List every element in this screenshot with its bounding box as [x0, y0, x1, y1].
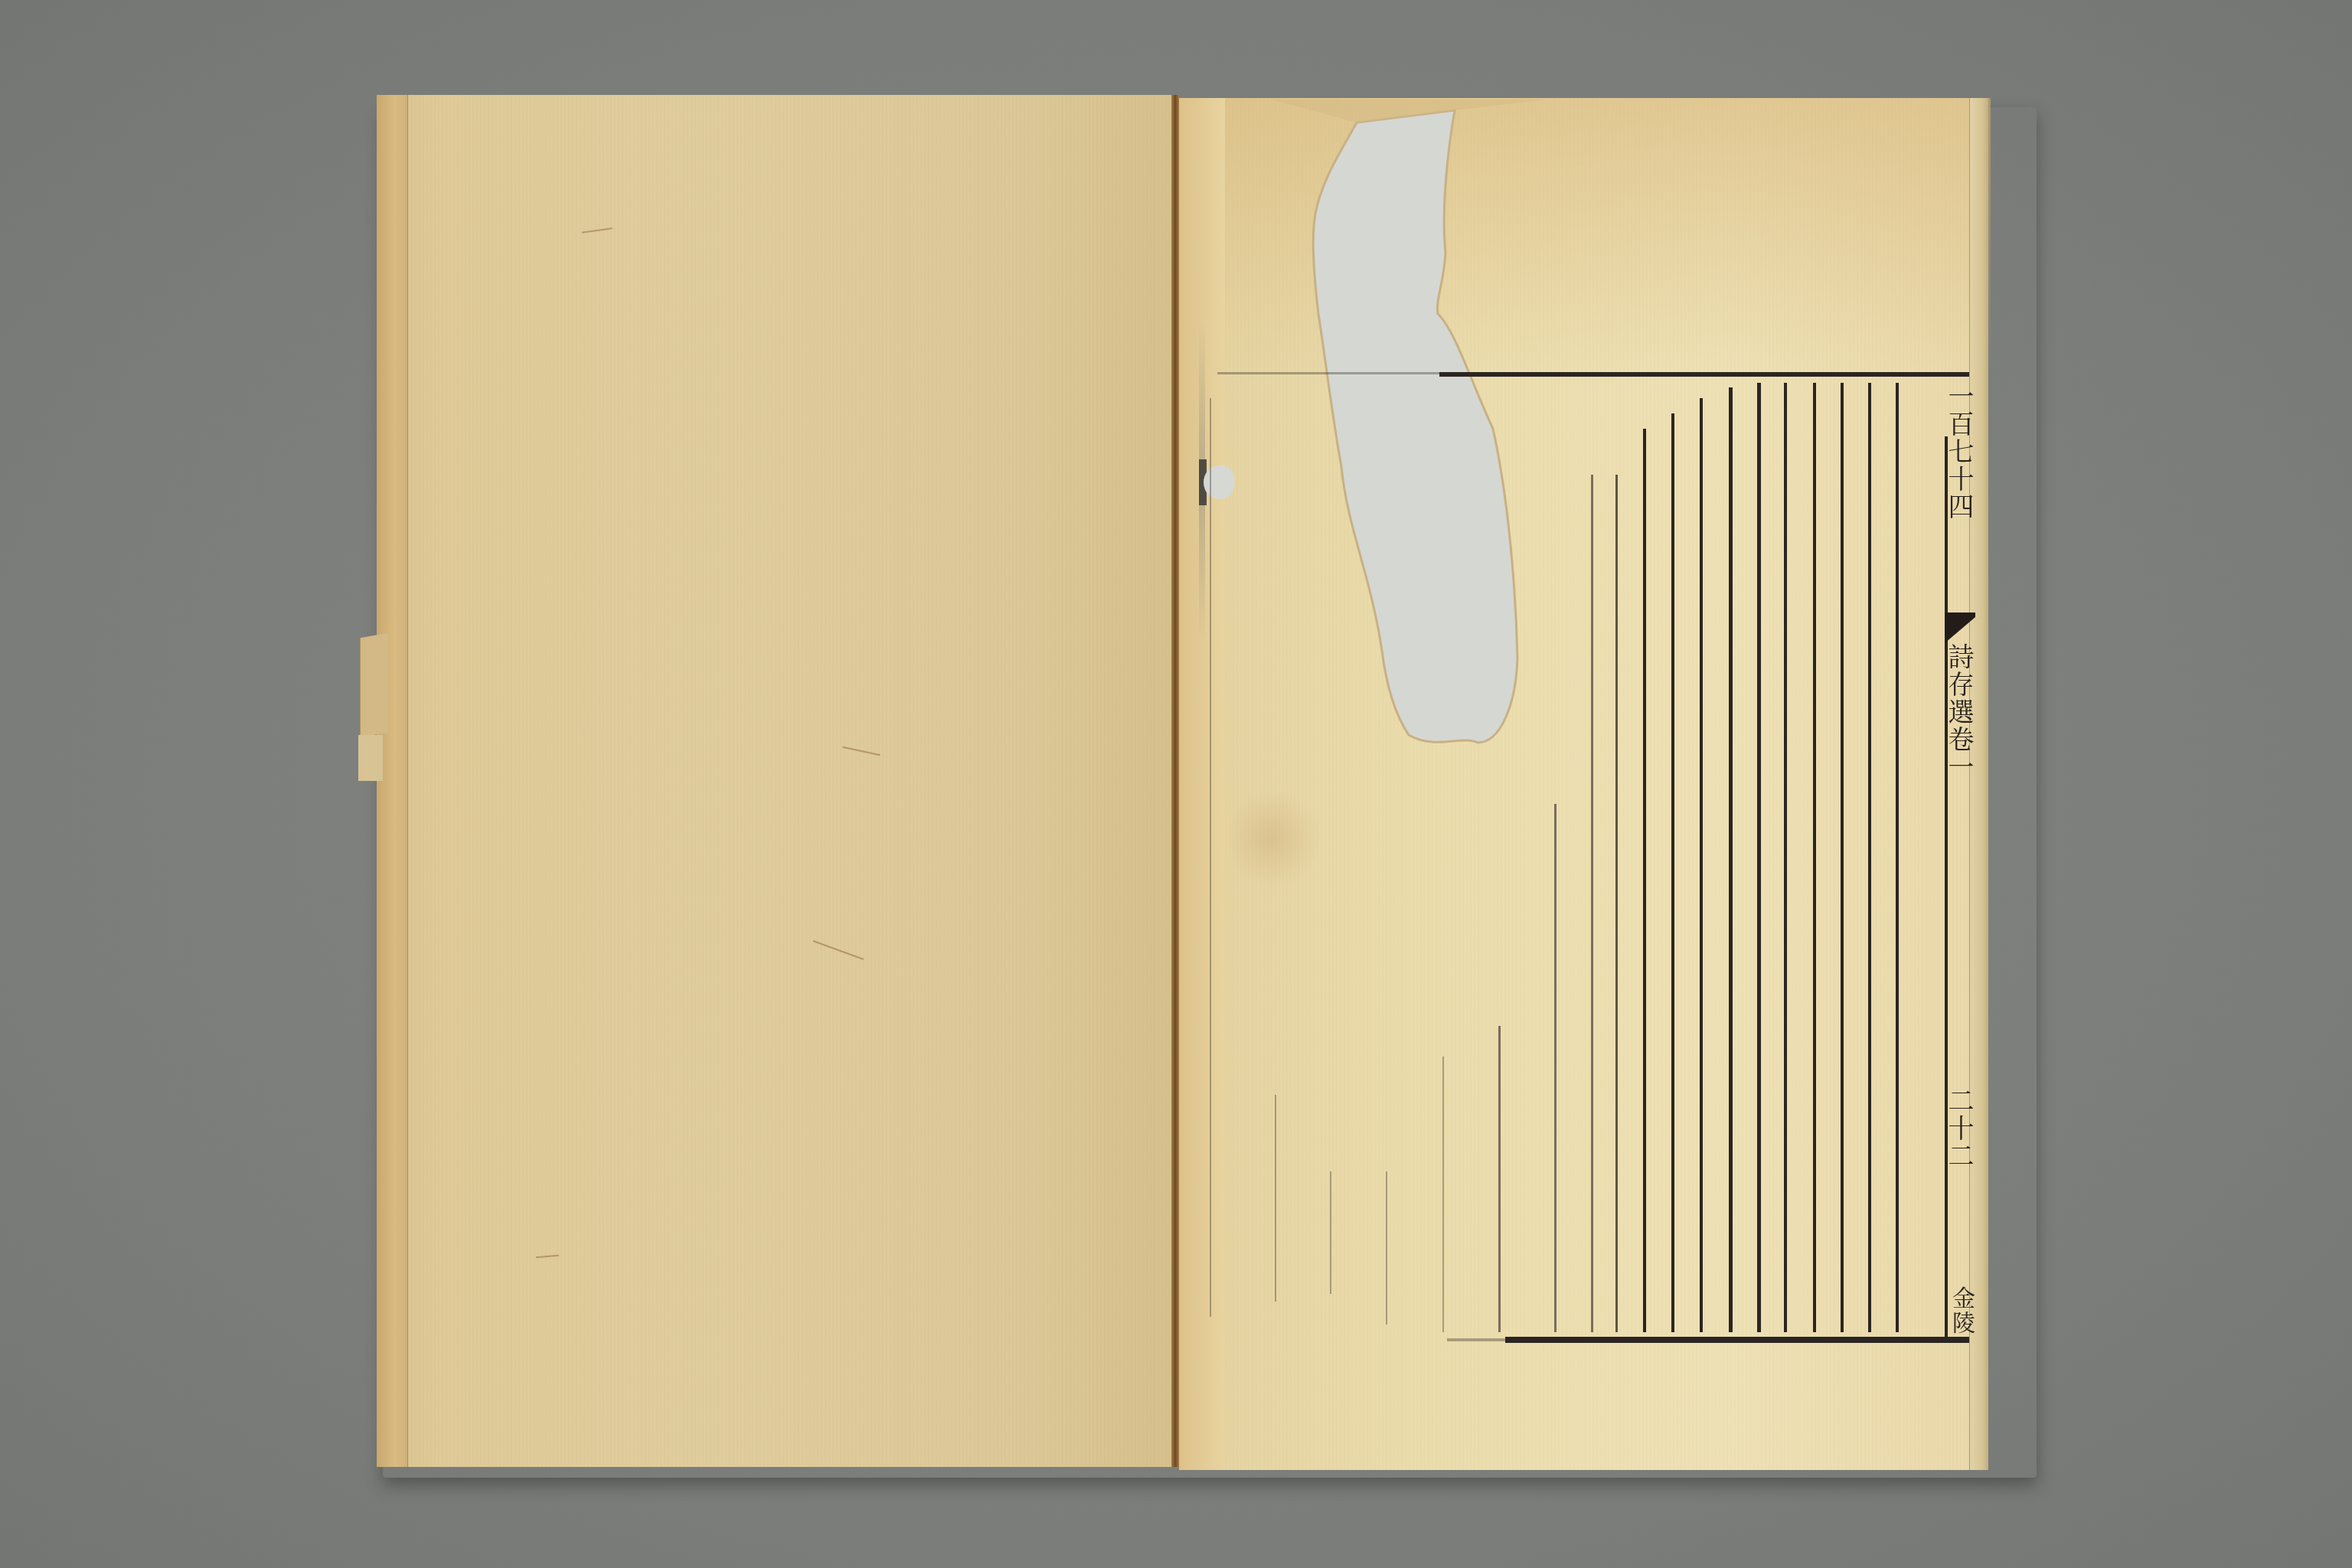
- column-line: [1275, 1095, 1276, 1302]
- banxin-upper-text: 一百七十四: [1939, 383, 1975, 567]
- column-line: [1442, 1057, 1444, 1332]
- small-tear-hole: [1204, 465, 1234, 499]
- column-line: [1498, 1026, 1501, 1332]
- column-line: [1671, 413, 1674, 1332]
- banxin-page-number: 二十二: [1939, 1087, 1975, 1202]
- banxin-lower-text: 金陵: [1939, 1286, 1975, 1355]
- column-line: [1841, 383, 1844, 1332]
- frame-bottom-rule-faint: [1447, 1338, 1508, 1341]
- column-line: [1784, 383, 1787, 1332]
- frame-bottom-rule: [1505, 1337, 1975, 1343]
- column-line: [1615, 475, 1618, 1332]
- torn-paper-patch: [1271, 100, 1547, 773]
- column-line: [1700, 398, 1703, 1332]
- column-line: [1729, 387, 1733, 1332]
- column-line: [1554, 804, 1557, 1332]
- frame-top-rule: [1439, 372, 1975, 377]
- left-page: [377, 95, 1179, 1467]
- banxin-border-line: [1945, 436, 1948, 1340]
- column-line: [1896, 383, 1899, 1332]
- column-line: [1757, 383, 1761, 1332]
- column-line: [1210, 398, 1211, 1317]
- column-line: [1386, 1171, 1387, 1325]
- left-edge-tear-lower: [358, 735, 383, 781]
- right-page-fold: [1179, 98, 1225, 1470]
- water-stain-round: [1222, 789, 1321, 888]
- banxin-title-text: 詩存選卷一: [1939, 643, 1975, 842]
- book-gutter: [1171, 95, 1179, 1467]
- column-line: [1813, 383, 1816, 1332]
- column-line: [1643, 429, 1646, 1332]
- frame-top-rule-faint: [1217, 372, 1462, 374]
- column-line: [1591, 475, 1593, 1332]
- column-line: [1868, 383, 1871, 1332]
- left-page-edge: [377, 95, 408, 1467]
- left-edge-tear: [360, 633, 388, 738]
- column-line: [1330, 1171, 1331, 1294]
- torn-patch-shape: [1271, 100, 1547, 773]
